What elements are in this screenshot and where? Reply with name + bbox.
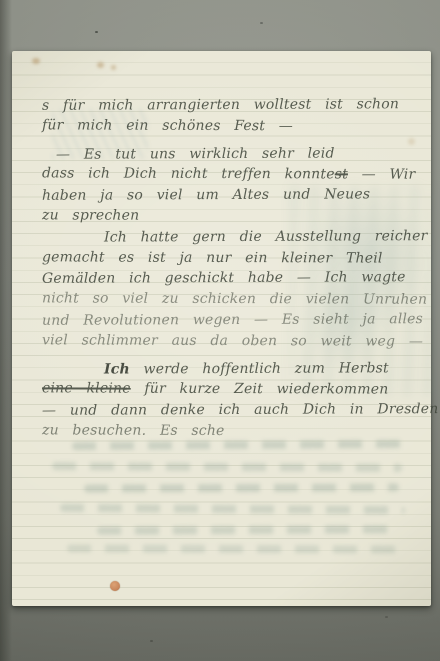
handwriting-text: Ich [104,361,130,377]
struck-text: st [335,167,348,183]
handwriting-line: viel schlimmer aus da oben so weit weg — [42,330,410,352]
handwriting-line: zu sprechen [42,205,410,227]
bleedthrough-text-row [97,525,397,535]
letter-page: s für mich arrangierten wolltest ist sch… [12,51,431,606]
handwriting-text: — und dann denke ich auch Dich in Dresde… [42,401,439,419]
handwriting-text: Gemälden ich geschickt habe — Ich wagte [42,270,406,288]
bleedthrough-text-row [67,544,397,553]
handwriting-line: — und dann denke ich auch Dich in Dresde… [42,399,410,421]
handwriting-text: viel schlimmer aus da oben so weit weg — [42,332,423,349]
handwriting-line: Gemälden ich geschickt habe — Ich wagte [42,268,410,290]
handwriting-line: Ich werde hoffentlich zum Herbst [42,358,410,380]
handwriting-line: nicht so viel zu schicken die vielen Unr… [42,289,410,311]
handwriting-line: s für mich arrangierten wolltest ist sch… [42,94,410,116]
handwriting-text: werde hoffentlich zum Herbst [130,360,389,377]
handwriting: s für mich arrangierten wolltest ist sch… [42,95,410,442]
handwriting-text: — Wir [348,167,415,183]
handwriting-text: gemacht es ist ja nur ein kleiner Theil [42,249,383,266]
handwriting-text: zu sprechen [42,207,139,223]
handwriting-line: und Revolutionen wegen — Es sieht ja all… [42,309,410,331]
handwriting-text: für kurze Zeit wiederkommen [131,381,389,398]
handwriting-line: für mich ein schönes Fest — [42,115,410,137]
foxing-stain [32,58,40,64]
handwriting-line: zu besuchen. Es sche [42,420,410,442]
handwriting-text: — Es tut uns wirklich sehr leid [56,145,335,162]
handwriting-text: dass ich Dich nicht treffen konnte [42,166,335,183]
handwriting-line: gemacht es ist ja nur ein kleiner Theil [42,247,410,269]
handwriting-text: Ich hatte gern die Ausstellung reicher [104,228,428,245]
foxing-stain [97,62,104,68]
handwriting-line: haben ja so viel um Altes und Neues [42,184,410,206]
handwriting-line: — Es tut uns wirklich sehr leid [42,143,410,165]
handwriting-line: dass ich Dich nicht treffen konntest — W… [42,164,410,186]
handwriting-text: und Revolutionen wegen — Es sieht ja all… [42,311,423,329]
handwriting-text: für mich ein schönes Fest — [42,117,293,134]
handwriting-line: eine kleine für kurze Zeit wiederkommen [42,379,410,401]
handwriting-line: Ich hatte gern die Ausstellung reicher [42,226,410,248]
handwriting-text: zu besuchen. Es sche [42,422,225,439]
handwriting-text: s für mich arrangierten wolltest ist sch… [42,96,399,114]
struck-text: eine kleine [42,381,131,397]
photo-background: s für mich arrangierten wolltest ist sch… [0,0,440,661]
foxing-stain [111,65,116,70]
handwriting-text: nicht so viel zu schicken die vielen Unr… [42,291,427,308]
handwriting-text: haben ja so viel um Altes und Neues [42,187,370,204]
adhesive-dot [110,581,120,591]
bleedthrough-text-row [84,483,399,492]
